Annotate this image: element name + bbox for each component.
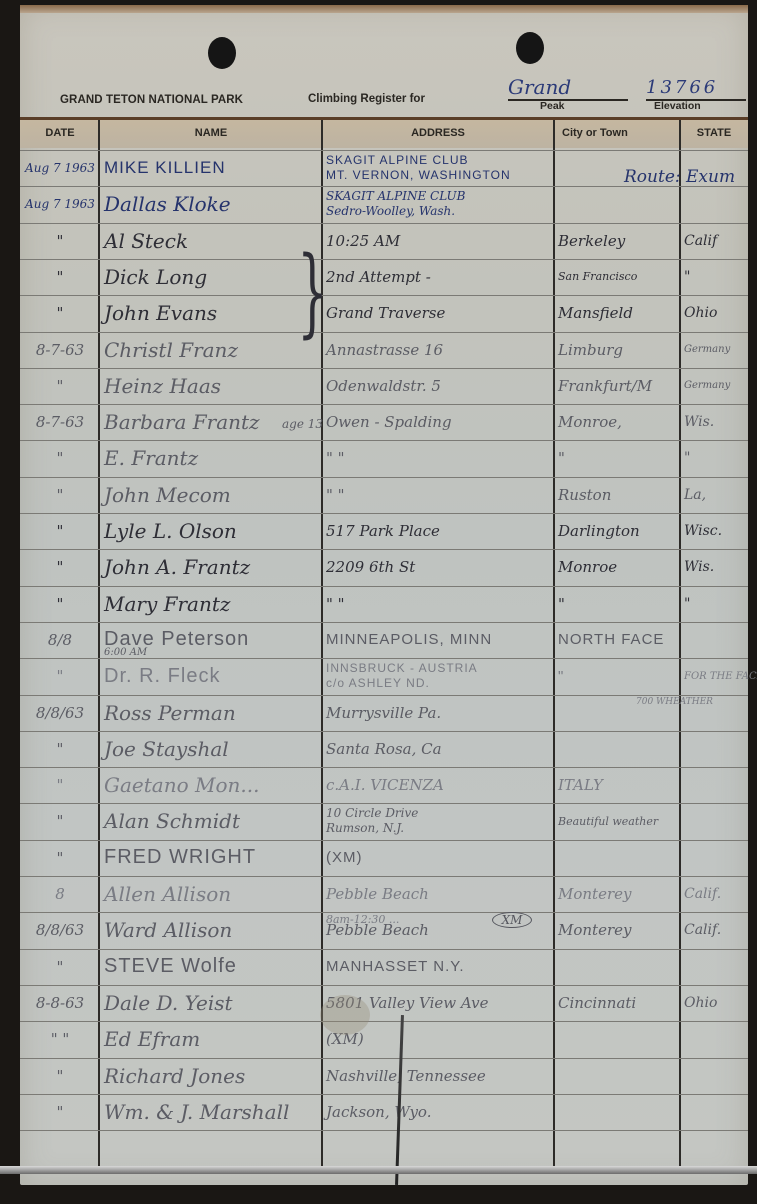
- cell-city: Limburg: [558, 332, 682, 368]
- cell-address: MANHASSET N.Y.: [326, 949, 554, 985]
- cell-state: Wisc.: [684, 513, 746, 549]
- cell-date: ": [22, 767, 98, 803]
- cell-state: [684, 622, 746, 658]
- cell-name: Gaetano Mon...: [104, 767, 320, 803]
- cell-city: Monroe: [558, 549, 682, 585]
- cell-date: 8/8: [22, 622, 98, 658]
- table-row: "Heinz HaasOdenwaldstr. 5Frankfurt/MGerm…: [20, 368, 748, 404]
- cell-state: ": [684, 259, 746, 295]
- cell-city: [558, 186, 682, 222]
- cell-address: 2209 6th St: [326, 549, 554, 585]
- cell-address: Annastrasse 16: [326, 332, 554, 368]
- cell-date: ": [22, 1058, 98, 1094]
- table-row: "STEVE WolfeMANHASSET N.Y.: [20, 949, 748, 985]
- cell-address: " ": [326, 477, 554, 513]
- cell-line: Sedro-Woolley, Wash.: [326, 204, 455, 219]
- cell-date: Aug 7 1963: [22, 186, 98, 222]
- cell-date: Aug 7 1963: [22, 150, 98, 186]
- cell-city: Monterey: [558, 876, 682, 912]
- cell-city: [558, 731, 682, 767]
- cell-city: ITALY: [558, 767, 682, 803]
- cell-address: SKAGIT ALPINE CLUBSedro-Woolley, Wash.: [326, 186, 554, 222]
- col-city: City or Town: [554, 127, 688, 139]
- cell-line: 10 Circle Drive: [326, 806, 418, 821]
- cell-city: Darlington: [558, 513, 682, 549]
- register-label: Climbing Register for: [308, 93, 425, 105]
- table-row: "Lyle L. Olson517 Park PlaceDarlingtonWi…: [20, 513, 748, 549]
- cell-date: ": [22, 295, 98, 331]
- cell-date: 8/8/63: [22, 912, 98, 948]
- cell-address: Santa Rosa, Ca: [326, 731, 554, 767]
- cell-state: Wis.: [684, 404, 746, 440]
- cell-date: 8-8-63: [22, 985, 98, 1021]
- cell-state: Ohio: [684, 295, 746, 331]
- table-row: "E. Frantz" """: [20, 440, 748, 476]
- cell-address: 2nd Attempt -: [326, 259, 554, 295]
- cell-address: Nashville, Tennessee: [326, 1058, 554, 1094]
- cell-name: Dallas Kloke: [104, 186, 320, 222]
- table-row: "Dick Long2nd Attempt -San Francisco": [20, 259, 748, 295]
- elevation-value: 13766: [646, 77, 718, 98]
- elevation-label: Elevation: [654, 100, 701, 112]
- cell-name: Joe Stayshal: [104, 731, 320, 767]
- cell-name: Dale D. Yeist: [104, 985, 320, 1021]
- cell-name: Allen Allison: [104, 876, 320, 912]
- cell-state: Germany: [684, 368, 746, 404]
- cell-line: SKAGIT ALPINE CLUB: [326, 153, 469, 168]
- table-row: "Mary Frantz" """: [20, 586, 748, 622]
- cell-city: [558, 1058, 682, 1094]
- cell-date: ": [22, 949, 98, 985]
- route-note: Route: Exum: [624, 167, 735, 187]
- cell-state: [684, 840, 746, 876]
- cell-date: ": [22, 586, 98, 622]
- cell-city: ": [558, 440, 682, 476]
- cell-date: 8-7-63: [22, 332, 98, 368]
- cell-city: [558, 840, 682, 876]
- col-name: NAME: [100, 127, 322, 139]
- cell-state: [684, 949, 746, 985]
- col-date: DATE: [22, 127, 98, 139]
- cell-name: John Evans: [104, 295, 320, 331]
- cell-address: c.A.I. VICENZA: [326, 767, 554, 803]
- cell-name: MIKE KILLIEN: [104, 150, 320, 186]
- cell-date: ": [22, 1094, 98, 1130]
- table-row: "Gaetano Mon...c.A.I. VICENZAITALY: [20, 767, 748, 803]
- cell-date: ": [22, 803, 98, 839]
- cell-date: 8: [22, 876, 98, 912]
- col-address: ADDRESS: [322, 127, 554, 139]
- cell-address: Pebble Beach: [326, 876, 554, 912]
- cell-line: MT. VERNON, WASHINGTON: [326, 168, 511, 183]
- group-brace: }: [297, 242, 328, 342]
- cell-city: ": [558, 586, 682, 622]
- cell-city: ": [558, 658, 682, 694]
- cell-date: ": [22, 840, 98, 876]
- cell-state: [684, 803, 746, 839]
- cell-address: " ": [326, 586, 554, 622]
- cell-name: Al Steck: [104, 223, 320, 259]
- table-row: " "Ed Efram(XM): [20, 1021, 748, 1057]
- table-row: "FRED WRIGHT(XM): [20, 840, 748, 876]
- cell-name: Dr. R. Fleck: [104, 658, 320, 694]
- cell-state: ": [684, 586, 746, 622]
- cell-address: MINNEAPOLIS, MINN: [326, 622, 554, 658]
- cell-state: Wis.: [684, 549, 746, 585]
- cell-address: (XM): [326, 840, 554, 876]
- col-state: STATE: [680, 127, 748, 139]
- cell-name: Dick Long: [104, 259, 320, 295]
- cell-name: Ed Efram: [104, 1021, 320, 1057]
- cell-city: Cincinnati: [558, 985, 682, 1021]
- table-row: "Richard JonesNashville, Tennessee: [20, 1058, 748, 1094]
- cell-address: Grand Traverse: [326, 295, 554, 331]
- cell-city: Beautiful weather: [558, 803, 682, 839]
- cell-name: Alan Schmidt: [104, 803, 320, 839]
- cell-address: 10 Circle DriveRumson, N.J.: [326, 803, 554, 839]
- cell-state: [684, 767, 746, 803]
- cell-name: Ward Allison: [104, 912, 320, 948]
- cell-name: Mary Frantz: [104, 586, 320, 622]
- cell-state: ": [684, 440, 746, 476]
- cell-name: FRED WRIGHT: [104, 840, 320, 876]
- table-row: "John Mecom" "RustonLa,: [20, 477, 748, 513]
- cell-address: Jackson, Wyo.: [326, 1094, 554, 1130]
- cell-line: INNSBRUCK - AUSTRIA: [326, 661, 478, 676]
- cell-date: ": [22, 731, 98, 767]
- cell-date: ": [22, 223, 98, 259]
- cell-state: Calif.: [684, 876, 746, 912]
- cell-name: John Mecom: [104, 477, 320, 513]
- cell-date: " ": [22, 1021, 98, 1057]
- cell-date: 8-7-63: [22, 404, 98, 440]
- cell-address: Murrysville Pa.: [326, 695, 554, 731]
- cell-address: Owen - Spalding: [326, 404, 554, 440]
- time-note: 6:00 AM: [104, 647, 147, 658]
- peak-underline: [508, 99, 628, 101]
- cell-date: ": [22, 513, 98, 549]
- cell-state: Ohio: [684, 985, 746, 1021]
- cell-city: [558, 1094, 682, 1130]
- cell-address: " ": [326, 440, 554, 476]
- cell-state: Germany: [684, 332, 746, 368]
- cell-name: Wm. & J. Marshall: [104, 1094, 320, 1130]
- cell-address: INNSBRUCK - AUSTRIAc/o ASHLEY ND.: [326, 658, 554, 694]
- punch-hole-left: [208, 37, 236, 69]
- cell-line: c/o ASHLEY ND.: [326, 676, 430, 691]
- table-row: "John EvansGrand TraverseMansfieldOhio: [20, 295, 748, 331]
- table-row: "Wm. & J. MarshallJackson, Wyo.: [20, 1094, 748, 1130]
- cell-name: Ross Perman: [104, 695, 320, 731]
- cell-city: NORTH FACE: [558, 622, 682, 658]
- cell-city: Berkeley: [558, 223, 682, 259]
- cell-address: SKAGIT ALPINE CLUBMT. VERNON, WASHINGTON: [326, 150, 554, 186]
- cell-date: ": [22, 477, 98, 513]
- cell-date: ": [22, 549, 98, 585]
- cell-city: [558, 949, 682, 985]
- table-row: "Alan Schmidt10 Circle DriveRumson, N.J.…: [20, 803, 748, 839]
- cell-city: Monroe,: [558, 404, 682, 440]
- cell-state: Calif: [684, 223, 746, 259]
- cell-date: ": [22, 368, 98, 404]
- cell-state: [684, 731, 746, 767]
- table-row: 8-8-63Dale D. Yeist5801 Valley View AveC…: [20, 985, 748, 1021]
- cell-address: 517 Park Place: [326, 513, 554, 549]
- cell-state: FOR THE FACE: [684, 658, 746, 694]
- cell-line: SKAGIT ALPINE CLUB: [326, 189, 465, 204]
- cell-state: [684, 186, 746, 222]
- park-name: GRAND TETON NATIONAL PARK: [60, 94, 243, 106]
- cell-address: Odenwaldstr. 5: [326, 368, 554, 404]
- weather-note: 700 WHEATHER: [636, 697, 713, 707]
- cell-line: Rumson, N.J.: [326, 821, 404, 836]
- table-row: 8Allen AllisonPebble BeachMontereyCalif.: [20, 876, 748, 912]
- punch-hole-right: [516, 32, 544, 64]
- cell-name: E. Frantz: [104, 440, 320, 476]
- table-row: "Al Steck10:25 AMBerkeleyCalif: [20, 223, 748, 259]
- age-note: age 13: [282, 417, 323, 431]
- cell-state: [684, 1021, 746, 1057]
- water-stain: [320, 995, 370, 1035]
- table-row: "Dr. R. FleckINNSBRUCK - AUSTRIAc/o ASHL…: [20, 658, 748, 694]
- table-row: Aug 7 1963Dallas KlokeSKAGIT ALPINE CLUB…: [20, 186, 748, 222]
- cell-city: [558, 1021, 682, 1057]
- cell-name: STEVE Wolfe: [104, 949, 320, 985]
- cell-city: Monterey: [558, 912, 682, 948]
- xm-circle: XM: [492, 912, 532, 928]
- row-rule: [20, 1130, 748, 1131]
- cell-name: Lyle L. Olson: [104, 513, 320, 549]
- cell-date: ": [22, 440, 98, 476]
- cell-state: [684, 1094, 746, 1130]
- cell-date: ": [22, 259, 98, 295]
- cell-state: Calif.: [684, 912, 746, 948]
- cell-address: 10:25 AM: [326, 223, 554, 259]
- cell-name: Richard Jones: [104, 1058, 320, 1094]
- cell-state: La,: [684, 477, 746, 513]
- register-sheet: GRAND TETON NATIONAL PARK Climbing Regis…: [20, 5, 748, 1185]
- cell-city: Frankfurt/M: [558, 368, 682, 404]
- cell-date: 8/8/63: [22, 695, 98, 731]
- table-row: "John A. Frantz2209 6th StMonroeWis.: [20, 549, 748, 585]
- peak-value: Grand: [508, 75, 571, 99]
- cell-name: Christl Franz: [104, 332, 320, 368]
- cell-city: Mansfield: [558, 295, 682, 331]
- table-row: 8-7-63Christl FranzAnnastrasse 16Limburg…: [20, 332, 748, 368]
- peak-label: Peak: [540, 100, 565, 112]
- cell-city: Ruston: [558, 477, 682, 513]
- cell-city: San Francisco: [558, 259, 682, 295]
- cell-name: Heinz Haas: [104, 368, 320, 404]
- cell-name: John A. Frantz: [104, 549, 320, 585]
- sheet-bottom-edge: [0, 1166, 757, 1174]
- cell-state: [684, 1058, 746, 1094]
- table-row: "Joe StayshalSanta Rosa, Ca: [20, 731, 748, 767]
- time-range-note: 8am-12:30 ...: [326, 913, 399, 926]
- cell-date: ": [22, 658, 98, 694]
- table-row: 8-7-63Barbara FrantzOwen - SpaldingMonro…: [20, 404, 748, 440]
